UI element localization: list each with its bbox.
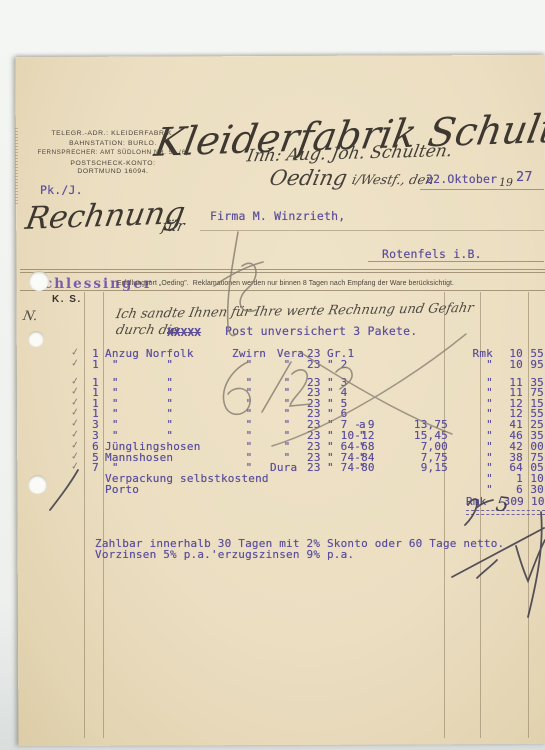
cell-desc: Porto bbox=[105, 483, 139, 496]
pencil-checkmark: ✓ bbox=[70, 357, 83, 370]
head-double-rule-top bbox=[20, 269, 545, 270]
pencil-checkmark bbox=[71, 471, 83, 473]
cell-qty: 1 bbox=[85, 358, 99, 371]
postal-account-label: POSTSCHECK-KONTO: bbox=[28, 160, 198, 167]
payment-terms-line2: Vorzinsen 5% p.a.'erzugszinsen 9% p.a. bbox=[95, 548, 354, 561]
head-double-rule-bottom bbox=[20, 272, 545, 273]
telephone-line: FERNSPRECHER: AMT SÜDLOHN NR. 51 (6) bbox=[22, 149, 204, 156]
year-printed: 19 bbox=[499, 176, 513, 189]
punch-hole-top bbox=[29, 271, 49, 291]
scanned-invoice-page: Kleiderfabrik Schulten Inh: Aug. Joh. Sc… bbox=[0, 0, 545, 750]
total-currency: Rmk bbox=[466, 495, 486, 508]
no-label: N. bbox=[23, 309, 38, 324]
total-pfennig: 10 bbox=[531, 495, 545, 508]
invoice-fuer: für bbox=[162, 217, 184, 235]
cell-mat: " bbox=[232, 358, 252, 371]
cell-size: " 2 bbox=[327, 358, 347, 371]
intro-strike-text: XXXXX bbox=[167, 326, 201, 339]
pencil-checkmark: ✓ bbox=[70, 460, 83, 473]
pencil-checkmark bbox=[71, 482, 83, 484]
table-row: Porto"630 bbox=[0, 483, 545, 495]
postal-account-number: DORTMUND 16094. bbox=[28, 168, 198, 175]
place-printed: Oeding bbox=[270, 166, 347, 190]
year-typed: 27 bbox=[516, 169, 533, 185]
city-underline bbox=[368, 261, 544, 262]
cell-cur: " bbox=[469, 358, 493, 371]
cell-desc: " " bbox=[105, 358, 173, 371]
conditions-line: Erfüllungsort „Oeding". Reklamationen we… bbox=[117, 280, 454, 287]
rail-station: BAHNSTATION: BURLO. bbox=[28, 140, 198, 147]
date-typed: 22.Oktober bbox=[426, 172, 497, 186]
recipient-city: Rotenfels i.B. bbox=[382, 247, 482, 261]
region-printed: i/Westf., den bbox=[352, 173, 434, 188]
cell-pf: 95 bbox=[529, 358, 544, 371]
cell-mk: 10 bbox=[493, 358, 523, 371]
recipient-underline bbox=[200, 230, 544, 231]
cell-cur: " bbox=[469, 483, 493, 496]
cell-brand: " bbox=[270, 358, 290, 371]
side-mark: K. S. bbox=[52, 294, 82, 305]
date-underline bbox=[420, 189, 544, 190]
telegram-address: TELEGR.-ADR.: KLEIDERFABRIK. bbox=[28, 130, 198, 137]
reference-mark: Pk./J. bbox=[40, 183, 83, 197]
table-row: ✓1 " " " "23" 2"1095 bbox=[0, 358, 545, 370]
punch-hole-bottom bbox=[28, 475, 47, 494]
punch-hole-middle bbox=[28, 331, 44, 347]
intro-typed-text: Post unversichert 3 Pakete. bbox=[225, 324, 417, 338]
cell-pf: 30 bbox=[529, 483, 544, 496]
printers-imprint bbox=[15, 128, 18, 206]
recipient-name: Firma M. Winzrieth, bbox=[210, 209, 345, 223]
cell-num: 23 bbox=[307, 358, 321, 371]
